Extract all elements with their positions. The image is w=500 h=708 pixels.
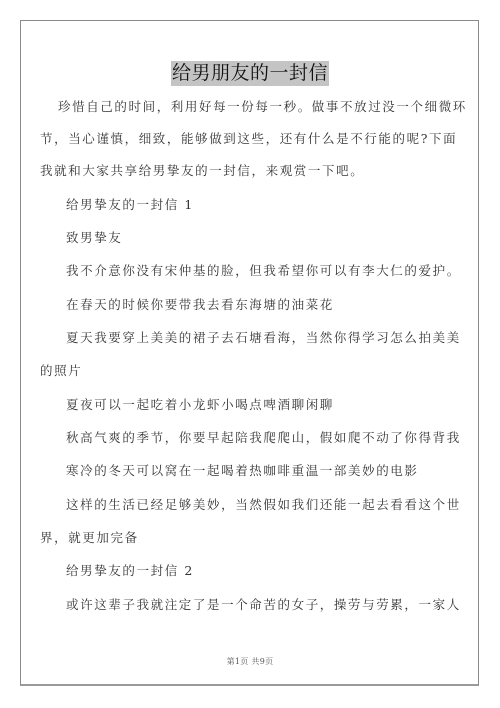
paragraph-line: 我不介意你没有宋仲基的脸，但我希望你可以有李大仁的爱护。 — [66, 263, 461, 279]
document-title: 给男朋友的一封信 — [171, 61, 329, 86]
section-heading: 给男挚友的一封信 1 — [66, 197, 194, 213]
salutation: 致男挚友 — [66, 230, 122, 246]
paragraph-line: 节，当心谨慎，细致，能够做到这些，还有什么是不行能的呢?下面 — [40, 131, 457, 147]
paragraph-line: 我就和大家共享给男挚友的一封信，来观赏一下吧。 — [40, 163, 364, 179]
section-heading: 给男挚友的一封信 2 — [66, 563, 194, 579]
paragraph-line: 夏夜可以一起吃着小龙虾小喝点啤酒聊闲聊 — [66, 397, 334, 413]
page-number-footer: 第1页 共9页 — [0, 656, 500, 667]
paragraph-line: 寒冷的冬天可以窝在一起喝着热咖啡重温一部美妙的电影 — [66, 463, 419, 479]
document-page — [20, 20, 479, 686]
paragraph-line: 珍惜自己的时间，利用好每一份每一秒。做事不放过没一个细微环 — [58, 99, 467, 115]
paragraph-line: 秋高气爽的季节，你要早起陪我爬爬山，假如爬不动了你得背我 — [66, 430, 461, 446]
paragraph-line: 这样的生活已经足够美妙，当然假如我们还能一起去看看这个世 — [66, 497, 461, 513]
paragraph-line: 或许这辈子我就注定了是一个命苦的女子，操劳与劳累，一家人 — [66, 597, 461, 613]
paragraph-line: 界，就更加完备 — [40, 530, 139, 546]
paragraph-line: 的照片 — [40, 363, 82, 379]
title-container: 给男朋友的一封信 — [0, 61, 500, 86]
paragraph-line: 夏天我要穿上美美的裙子去石塘看海，当然你得学习怎么拍美美 — [66, 330, 461, 346]
paragraph-line: 在春天的时候你要带我去看东海塘的油菜花 — [66, 297, 334, 313]
